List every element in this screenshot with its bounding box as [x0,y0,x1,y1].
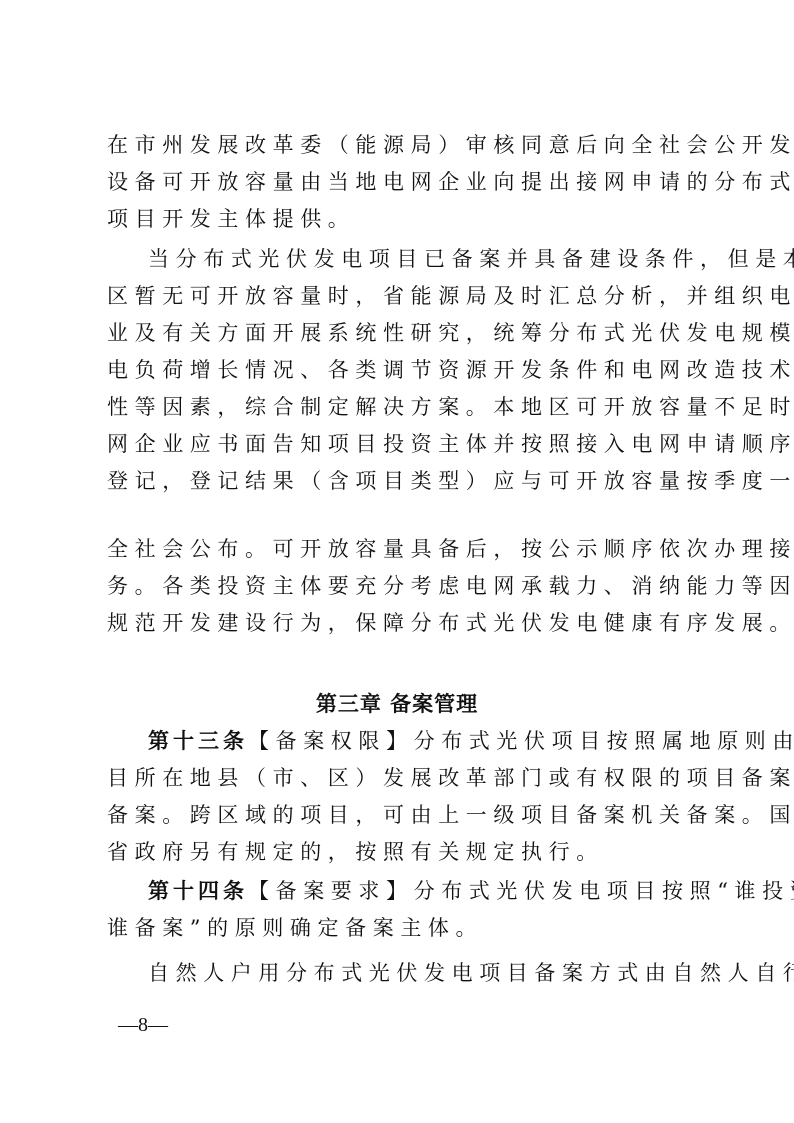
text-line: 设备可开放容量由当地电网企业向提出接网申请的分布式光伏 [107,167,697,197]
text-line: 目所在地县（市、区）发展改革部门或有权限的项目备案机关 [107,763,697,793]
text-line: 规范开发建设行为，保障分布式光伏发电健康有序发展。 [107,608,697,638]
document-page: 在市州发展改革委（能源局）审核同意后向全社会公开发布。 设备可开放容量由当地电网… [0,0,794,1123]
article-13-first-line: 第十三条【备案权限】分布式光伏项目按照属地原则由项 [148,726,738,756]
paragraph-start: 自然人户用分布式光伏发电项目备案方式由自然人自行选 [148,958,738,988]
text-line: 性等因素，综合制定解决方案。本地区可开放容量不足时，电 [107,392,697,422]
article-13-title: 【备案权限】 [248,729,414,753]
text-line: 备案。跨区域的项目，可由上一级项目备案机关备案。国务院、 [107,800,697,830]
text-line: 登记，登记结果（含项目类型）应与可开放容量按季度一并向 [107,466,697,496]
article-14-label: 第十四条 [148,879,248,903]
article-13-label: 第十三条 [148,729,248,753]
text-line: 业及有关方面开展系统性研究，统筹分布式光伏发电规模、用 [107,318,697,348]
paragraph-start: 当分布式光伏发电项目已备案并具备建设条件，但是本地 [148,244,738,274]
article-13-text: 分布式光伏项目按照属地原则由项 [414,729,794,753]
text-line: 区暂无可开放容量时，省能源局及时汇总分析，并组织电网企 [107,281,697,311]
text-line: 全社会公布。可开放容量具备后，按公示顺序依次办理接网业 [107,534,697,564]
text-line: 网企业应书面告知项目投资主体并按照接入电网申请顺序进行 [107,429,697,459]
text-line: 谁备案”的原则确定备案主体。 [107,913,697,943]
text-line: 电负荷增长情况、各类调节资源开发条件和电网改造技术经济 [107,355,697,385]
chapter-heading: 第三章 备案管理 [0,689,794,719]
text-line: 务。各类投资主体要充分考虑电网承载力、消纳能力等因素， [107,571,697,601]
article-14-first-line: 第十四条【备案要求】分布式光伏发电项目按照“谁投资、 [148,876,738,906]
text-line: 省政府另有规定的，按照有关规定执行。 [107,837,697,867]
text-line: 在市州发展改革委（能源局）审核同意后向全社会公开发布。 [107,130,697,160]
article-14-text: 分布式光伏发电项目按照“谁投资、 [414,879,794,903]
text-line: 项目开发主体提供。 [107,204,697,234]
page-number: —8— [118,1014,168,1037]
article-14-title: 【备案要求】 [248,879,414,903]
